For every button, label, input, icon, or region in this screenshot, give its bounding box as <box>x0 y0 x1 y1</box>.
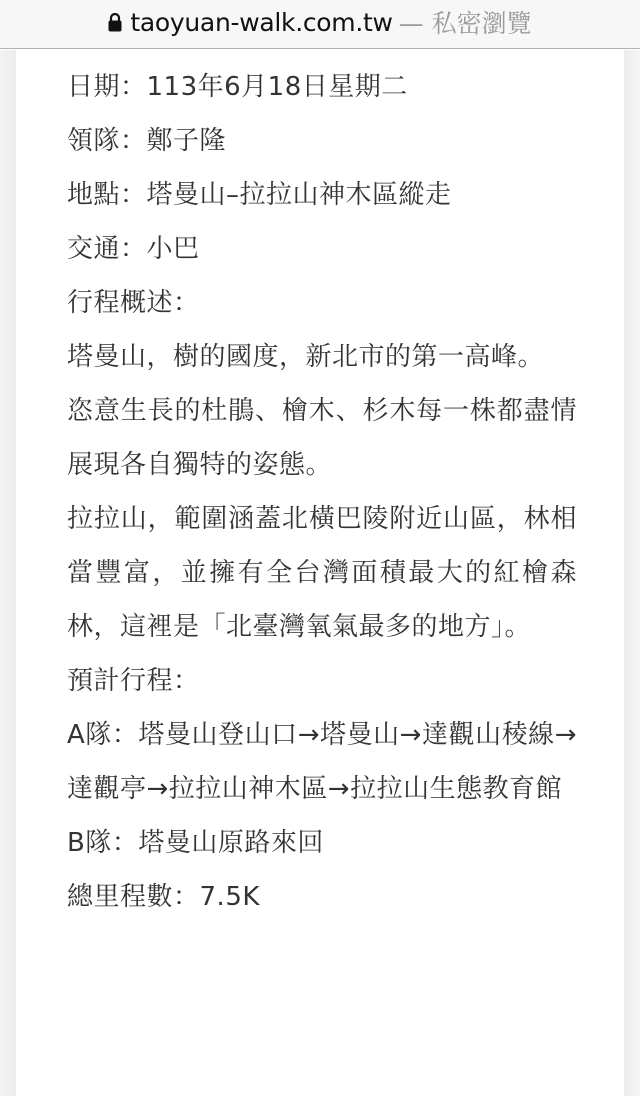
distance-label: 總里程數： <box>67 882 200 912</box>
overview-paragraph: 拉拉山，範圍涵蓋北橫巴陵附近山區，林相當豐富，並擁有全台灣面積最大的紅檜森林，這… <box>67 492 577 654</box>
team-b-label: B隊： <box>67 828 138 858</box>
leader-line: 領隊：鄭子隆 <box>67 114 577 168</box>
leader-value: 鄭子隆 <box>147 126 227 156</box>
location-line: 地點：塔曼山–拉拉山神木區縱走 <box>67 168 577 222</box>
page-content: 日期：113年6月18日星期二 領隊：鄭子隆 地點：塔曼山–拉拉山神木區縱走 交… <box>16 50 624 1096</box>
lock-icon <box>108 12 122 32</box>
private-browsing-label: — 私密瀏覽 <box>399 4 532 40</box>
transport-line: 交通：小巴 <box>67 222 577 276</box>
url-text[interactable]: taoyuan-walk.com.tw <box>130 8 392 37</box>
transport-value: 小巴 <box>147 234 200 264</box>
distance-value: 7.5K <box>200 882 260 912</box>
team-b-route: 塔曼山原路來回 <box>138 828 324 858</box>
location-label: 地點： <box>67 180 147 210</box>
date-line: 日期：113年6月18日星期二 <box>67 60 577 114</box>
itinerary-team-b: B隊：塔曼山原路來回 <box>67 816 577 870</box>
overview-paragraph: 塔曼山，樹的國度，新北市的第一高峰。 <box>67 330 577 384</box>
itinerary-heading: 預計行程： <box>67 654 577 708</box>
transport-label: 交通： <box>67 234 147 264</box>
leader-label: 領隊： <box>67 126 147 156</box>
date-value: 113年6月18日星期二 <box>147 72 408 102</box>
left-page-gutter <box>0 50 16 1096</box>
overview-heading: 行程概述： <box>67 276 577 330</box>
trip-article: 日期：113年6月18日星期二 領隊：鄭子隆 地點：塔曼山–拉拉山神木區縱走 交… <box>67 60 577 924</box>
team-a-route: 塔曼山登山口→塔曼山→達觀山稜線→達觀亭→拉拉山神木區→拉拉山生態教育館 <box>67 720 577 804</box>
date-label: 日期： <box>67 72 147 102</box>
team-a-label: A隊： <box>67 720 138 750</box>
itinerary-team-a: A隊：塔曼山登山口→塔曼山→達觀山稜線→達觀亭→拉拉山神木區→拉拉山生態教育館 <box>67 708 577 816</box>
right-page-gutter <box>624 50 640 1096</box>
overview-paragraph: 恣意生長的杜鵑、檜木、杉木每一株都盡情展現各自獨特的姿態。 <box>67 384 577 492</box>
location-value: 塔曼山–拉拉山神木區縱走 <box>147 180 452 210</box>
distance-line: 總里程數：7.5K <box>67 870 577 924</box>
address-bar[interactable]: taoyuan-walk.com.tw — 私密瀏覽 <box>0 0 640 49</box>
